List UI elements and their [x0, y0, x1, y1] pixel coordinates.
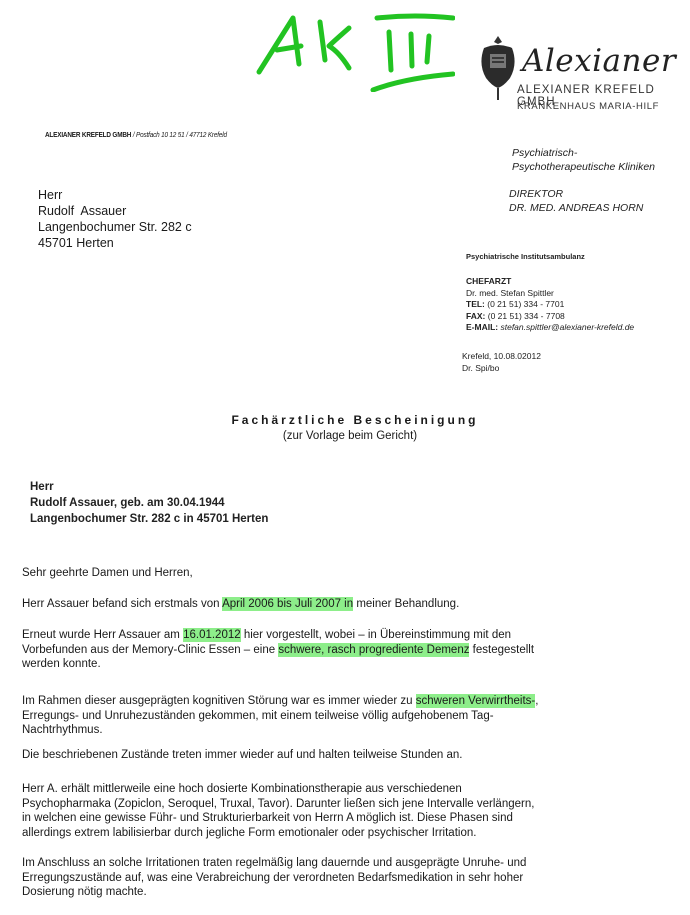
p2-text: Erneut wurde Herr Assauer am [22, 629, 183, 641]
patient-name-dob: Rudolf Assauer, geb. am 30.04.1944 [30, 495, 268, 511]
chefarzt-label: CHEFARZT [466, 276, 634, 288]
paragraph-2: Erneut wurde Herr Assauer am 16.01.2012 … [22, 628, 682, 672]
director-block: DIREKTOR DR. MED. ANDREAS HORN [509, 187, 643, 215]
recipient-city: 45701 Herten [38, 235, 192, 251]
p3-text: , [535, 695, 538, 707]
sender-postbox: / Postfach 10 12 51 / 47712 Krefeld [133, 130, 227, 139]
paragraph-5: Herr A. erhält mittlerweile eine hoch do… [22, 782, 682, 840]
paragraph-4: Die beschriebenen Zustände treten immer … [22, 748, 682, 763]
p2-text: werden konnte. [22, 657, 682, 672]
paragraph-1: Herr Assauer befand sich erstmals von Ap… [22, 597, 682, 612]
recipient-street: Langenbochumer Str. 282 c [38, 219, 192, 235]
fax-line: FAX: (0 21 51) 334 - 7708 [466, 311, 634, 323]
p2-text: hier vorgestellt, wobei – in Übereinstim… [241, 629, 511, 641]
paragraph-6: Im Anschluss an solche Irritationen trat… [22, 856, 682, 900]
tel-number: (0 21 51) 334 - 7701 [487, 299, 564, 309]
p3-text: Nachtrhythmus. [22, 723, 682, 738]
p5-line: Herr A. erhält mittlerweile eine hoch do… [22, 782, 682, 797]
email-label: E-MAIL: [466, 322, 498, 332]
date-block: Krefeld, 10.08.02012 Dr. Spi/bo [462, 351, 541, 374]
hospital-name: KRANKENHAUS MARIA-HILF [517, 101, 659, 112]
p6-line: Dosierung nötig machte. [22, 885, 682, 900]
p3-text: Erregungs- und Unruhezuständen gekommen,… [22, 709, 682, 724]
fax-label: FAX: [466, 311, 485, 321]
brand-name: Alexianer [522, 46, 676, 77]
clinic-line-1: Psychiatrisch- [512, 146, 655, 160]
chefarzt-block: CHEFARZT Dr. med. Stefan Spittler TEL: (… [466, 276, 634, 334]
p6-line: Erregungszustände auf, was eine Verabrei… [22, 871, 682, 886]
highlight: schwere, rasch progrediente Demenz [278, 643, 469, 657]
email-line: E-MAIL: stefan.spittler@alexianer-krefel… [466, 322, 634, 334]
paragraph-3: Im Rahmen dieser ausgeprägten kognitiven… [22, 694, 682, 738]
handwritten-annotation [255, 12, 455, 92]
recipient-salutation: Herr [38, 187, 192, 203]
p2-text: Vorbefunden aus der Memory-Clinic Essen … [22, 644, 278, 656]
p5-line: allerdings extrem labilisierbar durch je… [22, 826, 682, 841]
patient-block: Herr Rudolf Assauer, geb. am 30.04.1944 … [30, 479, 268, 527]
director-label: DIREKTOR [509, 187, 643, 201]
director-name: DR. MED. ANDREAS HORN [509, 201, 643, 215]
clinic-line-2: Psychotherapeutische Kliniken [512, 160, 655, 174]
patient-salutation: Herr [30, 479, 268, 495]
coat-of-arms-icon [478, 34, 518, 102]
highlight: April 2006 bis Juli 2007 in [222, 597, 353, 611]
p1-text: Herr Assauer befand sich erstmals von [22, 598, 222, 610]
highlight: 16.01.2012 [183, 628, 241, 642]
p3-text: Im Rahmen dieser ausgeprägten kognitiven… [22, 695, 416, 707]
clinic-name: Psychiatrisch- Psychotherapeutische Klin… [512, 146, 655, 174]
p5-line: in welchen eine gewisse Führ- und Strukt… [22, 811, 682, 826]
recipient-name: Rudolf Assauer [38, 203, 192, 219]
document-title: Fachärztliche Bescheinigung [0, 413, 690, 427]
sender-line: ALEXIANER KREFELD GMBH / Postfach 10 12 … [45, 130, 227, 139]
p2-text: festegestellt [469, 644, 534, 656]
email-address: stefan.spittler@alexianer-krefeld.de [500, 322, 634, 332]
p1-text-end: meiner Behandlung. [353, 598, 459, 610]
document-subtitle: (zur Vorlage beim Gericht) [0, 430, 690, 442]
place-date: Krefeld, 10.08.02012 [462, 351, 541, 363]
tel-label: TEL: [466, 299, 485, 309]
recipient-address: Herr Rudolf Assauer Langenbochumer Str. … [38, 187, 192, 251]
fax-number: (0 21 51) 334 - 7708 [488, 311, 565, 321]
patient-address: Langenbochumer Str. 282 c in 45701 Herte… [30, 511, 268, 527]
ambulanz-title: Psychiatrische Institutsambulanz [466, 252, 585, 261]
tel-line: TEL: (0 21 51) 334 - 7701 [466, 299, 634, 311]
p6-line: Im Anschluss an solche Irritationen trat… [22, 856, 682, 871]
sender-company: ALEXIANER KREFELD GMBH [45, 130, 131, 139]
highlight: schweren Verwirrtheits- [416, 694, 536, 708]
chefarzt-name: Dr. med. Stefan Spittler [466, 288, 634, 300]
reference: Dr. Spi/bo [462, 363, 541, 375]
greeting: Sehr geehrte Damen und Herren, [22, 566, 682, 581]
p5-line: Psychopharmaka (Zopiclon, Seroquel, Trux… [22, 797, 682, 812]
